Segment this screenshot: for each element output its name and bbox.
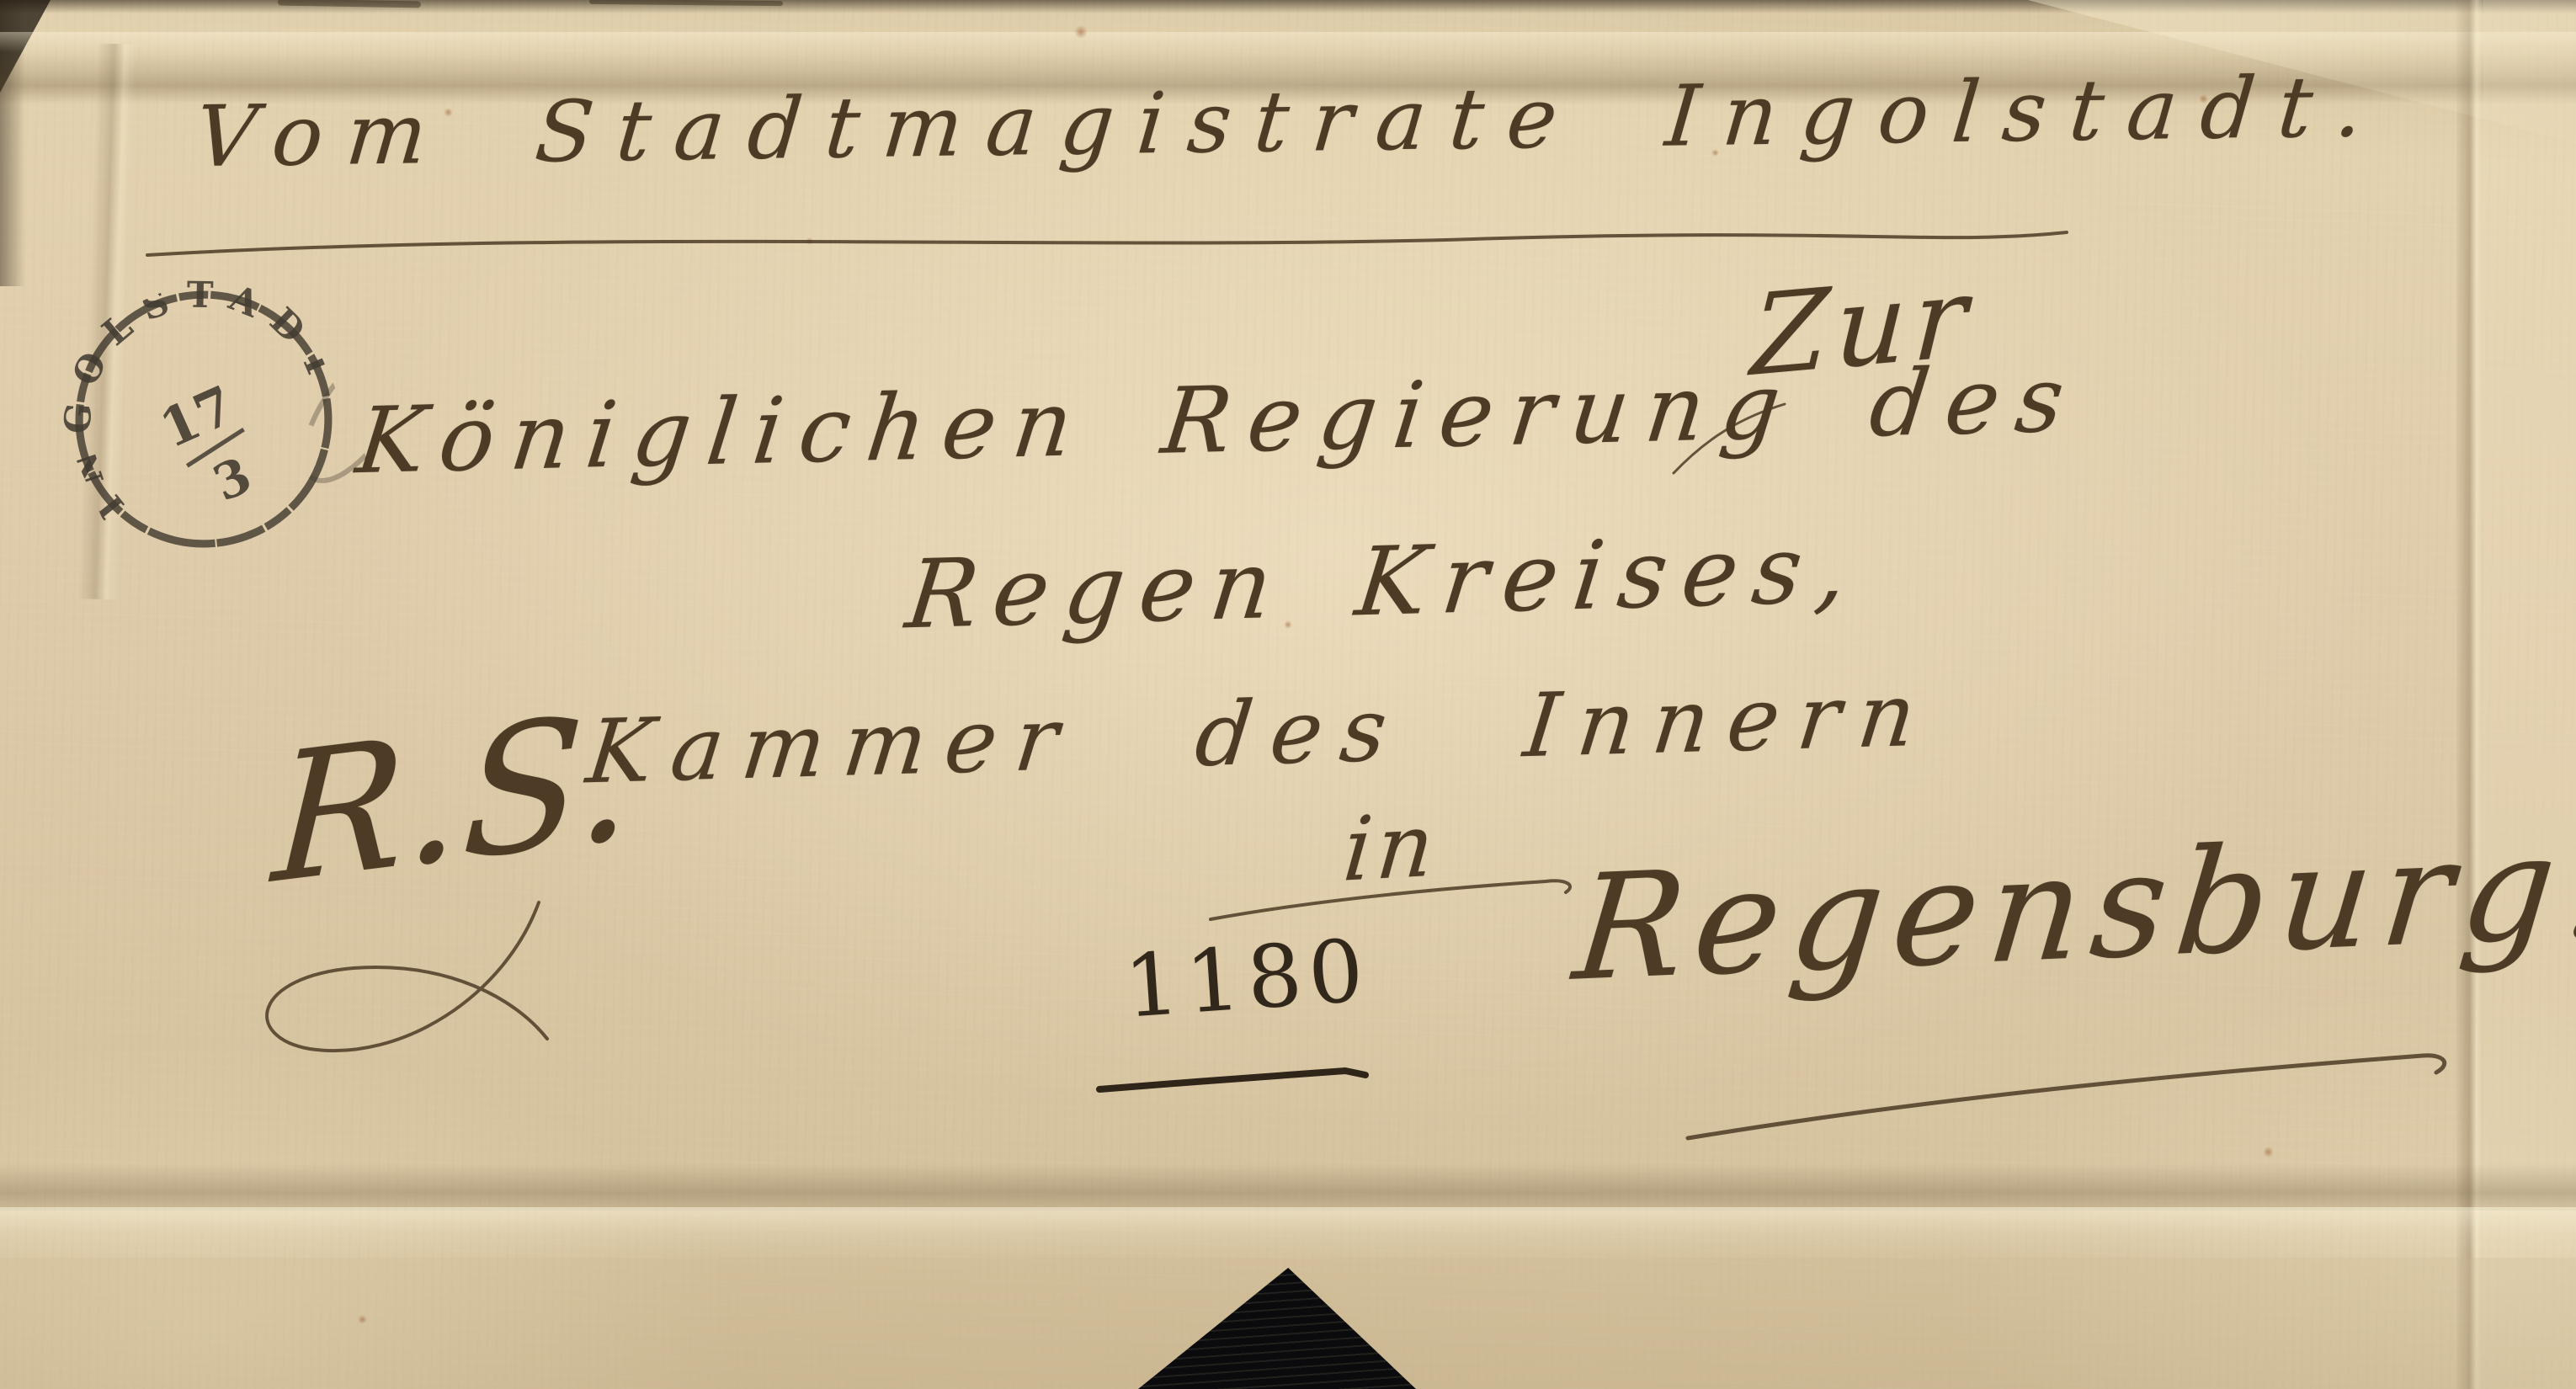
in-underline-flourish: [1211, 881, 1570, 919]
regensburg-underline-flourish: [1688, 1056, 2445, 1138]
postmark-day: 17: [151, 374, 243, 460]
initials-paraph-loop: [267, 902, 547, 1051]
heading-underline-flourish: [147, 232, 2067, 255]
registry-number-underline: [1099, 1071, 1365, 1089]
letter-photo: Vom Stadtmagistrate Ingolstadt. Zur Köni…: [0, 0, 2576, 1389]
pen-flourishes: [0, 0, 2576, 1389]
postmark-month: 3: [205, 445, 259, 513]
zur-entry-swash: [1674, 404, 1785, 473]
